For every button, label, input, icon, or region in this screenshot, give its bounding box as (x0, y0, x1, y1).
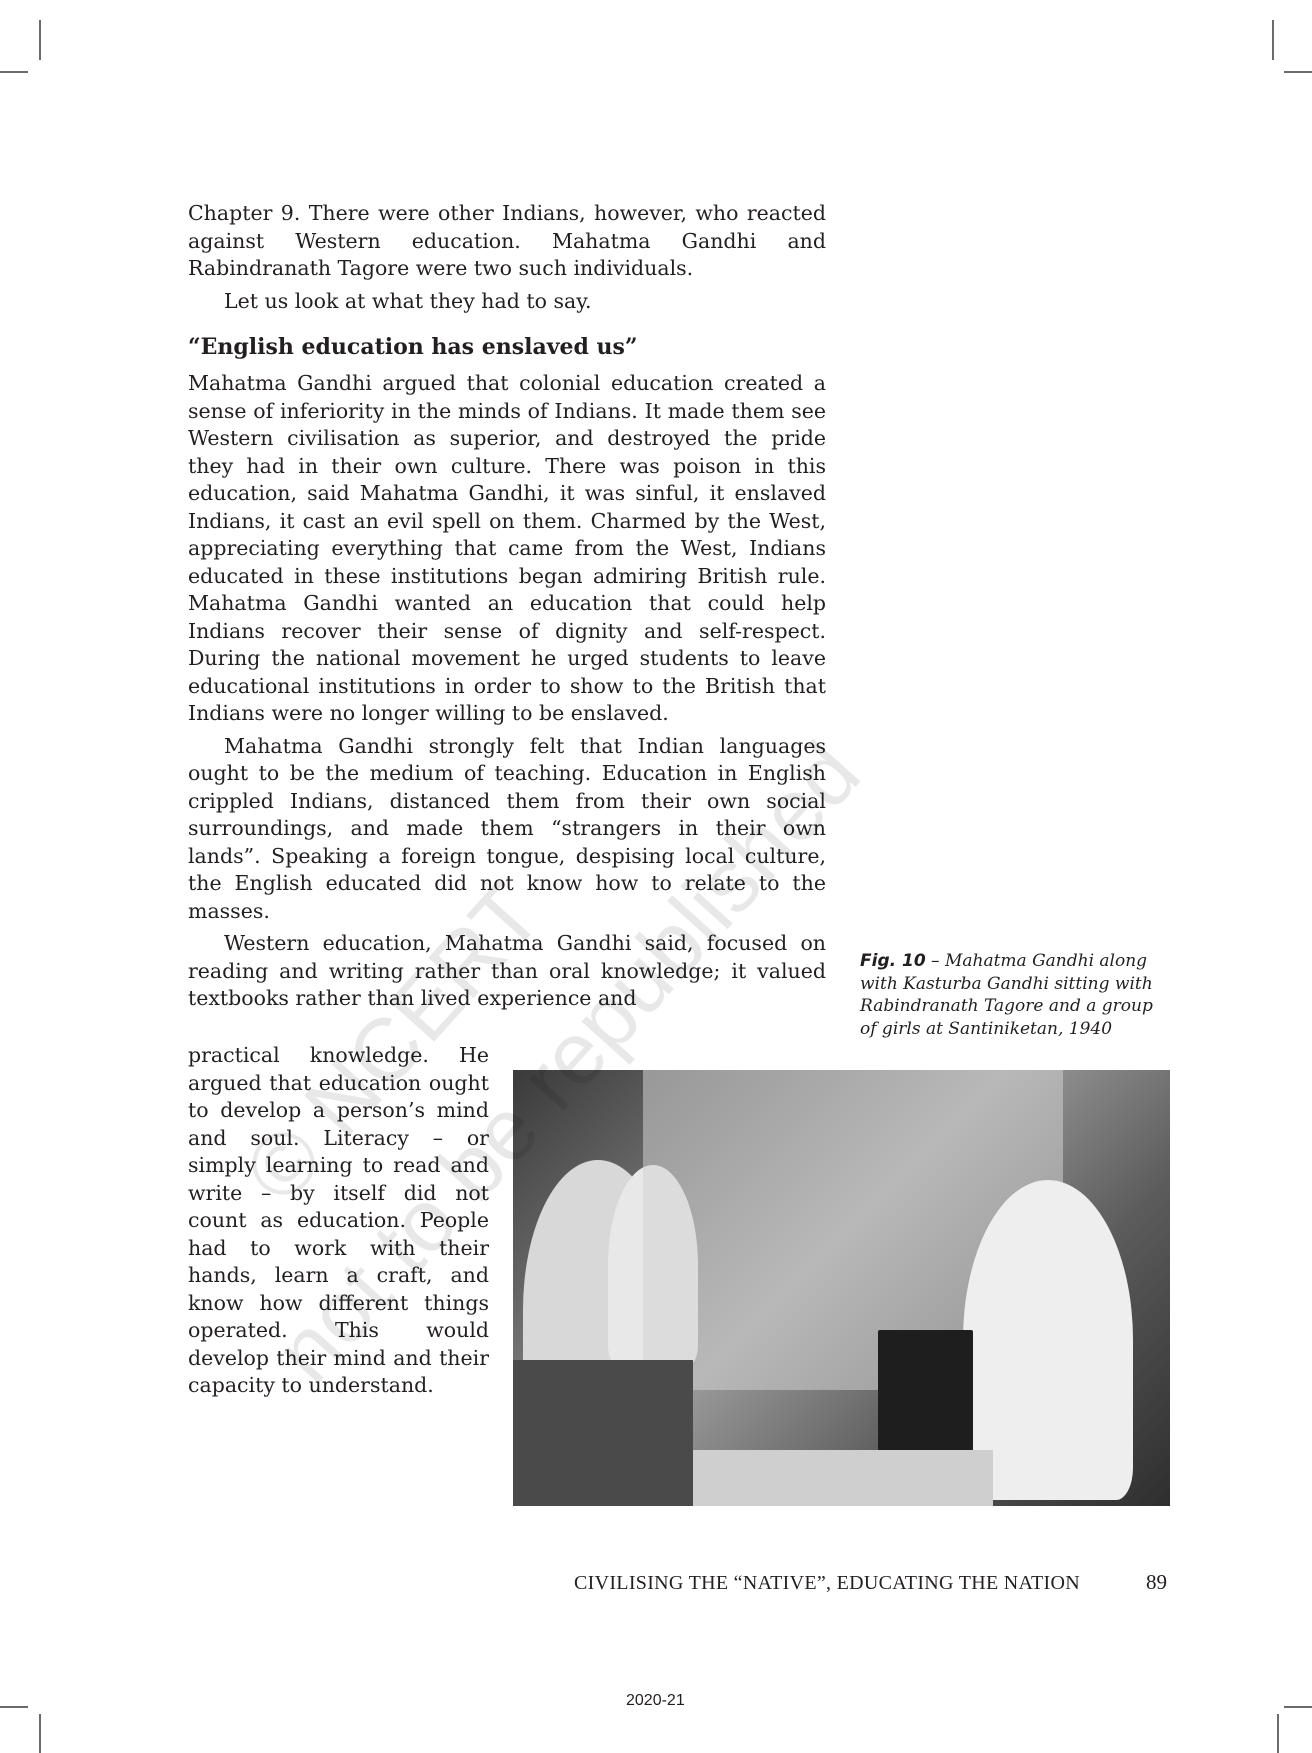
intro-paragraph: Chapter 9. There were other Indians, how… (188, 200, 826, 283)
photo-seat (513, 1360, 693, 1506)
crop-mark-top-left-vertical (39, 20, 41, 60)
figure-caption: Fig. 10 – Mahatma Gandhi along with Kast… (860, 950, 1172, 1040)
running-title: CIVILISING THE “NATIVE”, EDUCATING THE N… (574, 1572, 1080, 1595)
crop-mark-bottom-left-horizontal (0, 1706, 28, 1708)
intro-block: Chapter 9. There were other Indians, how… (188, 200, 826, 315)
crop-mark-bottom-left-vertical (39, 1714, 41, 1753)
paragraph-1: Mahatma Gandhi argued that colonial educ… (188, 370, 826, 728)
crop-mark-top-left-horizontal (0, 71, 28, 73)
figure-label: Fig. 10 (860, 951, 926, 971)
crop-mark-top-right-vertical (1272, 20, 1274, 60)
crop-mark-top-right-horizontal (1284, 71, 1312, 73)
intro-followup: Let us look at what they had to say. (188, 288, 826, 316)
section-heading: “English education has enslaved us” (188, 333, 638, 361)
photo-ground (693, 1450, 993, 1506)
page-number: 89 (1146, 1570, 1167, 1595)
figure-photo (513, 1070, 1170, 1506)
edition-year: 2020-21 (626, 1692, 685, 1710)
crop-mark-bottom-right-horizontal (1284, 1706, 1312, 1708)
crop-mark-bottom-right-vertical (1277, 1714, 1279, 1753)
